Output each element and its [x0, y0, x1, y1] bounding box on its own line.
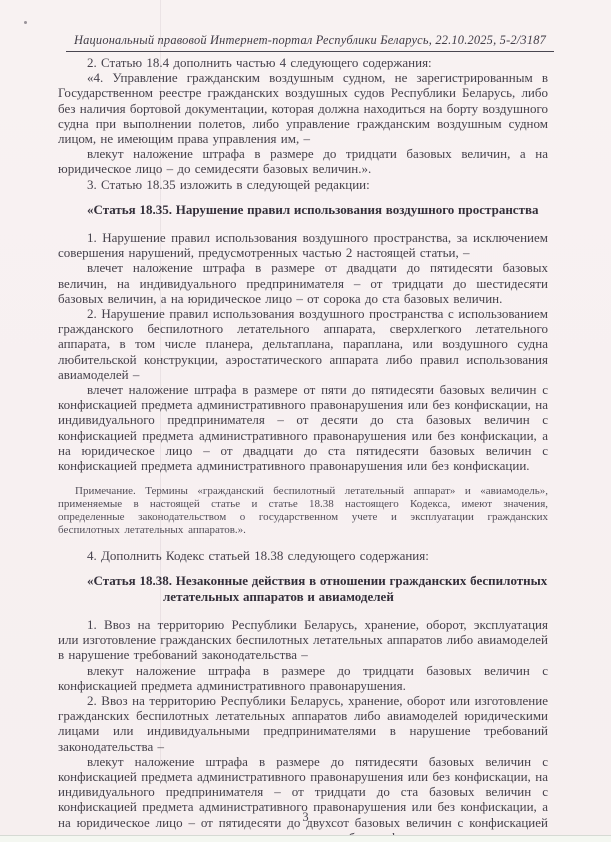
para-amend-article-18-38: 4. Дополнить Кодекс статьей 18.38 следую… — [58, 548, 548, 563]
para-article-18-4-sanction: влекут наложение штрафа в размере до три… — [58, 146, 548, 176]
para-article-18-35-part-1-sanction: влечет наложение штрафа в размере от два… — [58, 260, 548, 306]
para-article-18-35-part-1: 1. Нарушение правил использования воздуш… — [58, 230, 548, 260]
scan-speck — [24, 21, 27, 24]
para-article-18-35-note: Примечание. Термины «гражданский беспило… — [58, 485, 548, 537]
scanned-document-page: Национальный правовой Интернет-портал Ре… — [0, 0, 611, 842]
para-article-18-35-part-2: 2. Нарушение правил использования воздуш… — [58, 306, 548, 382]
portal-masthead: Национальный правовой Интернет-портал Ре… — [66, 33, 554, 52]
para-article-18-38-part-2-sanction: влекут наложение штрафа в размере до пят… — [58, 754, 548, 842]
para-amend-article-18-4: 2. Статью 18.4 дополнить частью 4 следую… — [58, 55, 548, 70]
para-article-18-38-part-2: 2. Ввоз на территорию Республики Беларус… — [58, 693, 548, 754]
para-amend-article-18-35: 3. Статью 18.35 изложить в следующей ред… — [58, 177, 548, 192]
article-18-35-heading-text: «Статья 18.35. Нарушение правил использо… — [87, 202, 548, 217]
article-18-38-heading: «Статья 18.38. Незаконные действия в отн… — [58, 573, 548, 603]
para-article-18-4-part-4: «4. Управление гражданским воздушным суд… — [58, 70, 548, 146]
page-number: 3 — [0, 810, 611, 825]
article-18-38-heading-line-2: летательных аппаратов и авиамоделей — [163, 589, 548, 604]
para-article-18-38-part-1: 1. Ввоз на территорию Республики Беларус… — [58, 617, 548, 663]
para-article-18-38-part-1-sanction: влекут наложение штрафа в размере до три… — [58, 663, 548, 693]
article-18-35-heading: «Статья 18.35. Нарушение правил использо… — [58, 202, 548, 217]
article-18-38-heading-line-1: «Статья 18.38. Незаконные действия в отн… — [87, 573, 548, 588]
para-article-18-35-part-2-sanction: влечет наложение штрафа в размере от пят… — [58, 382, 548, 473]
document-text-block: 2. Статью 18.4 дополнить частью 4 следую… — [58, 55, 548, 842]
scan-bottom-edge — [0, 835, 611, 842]
